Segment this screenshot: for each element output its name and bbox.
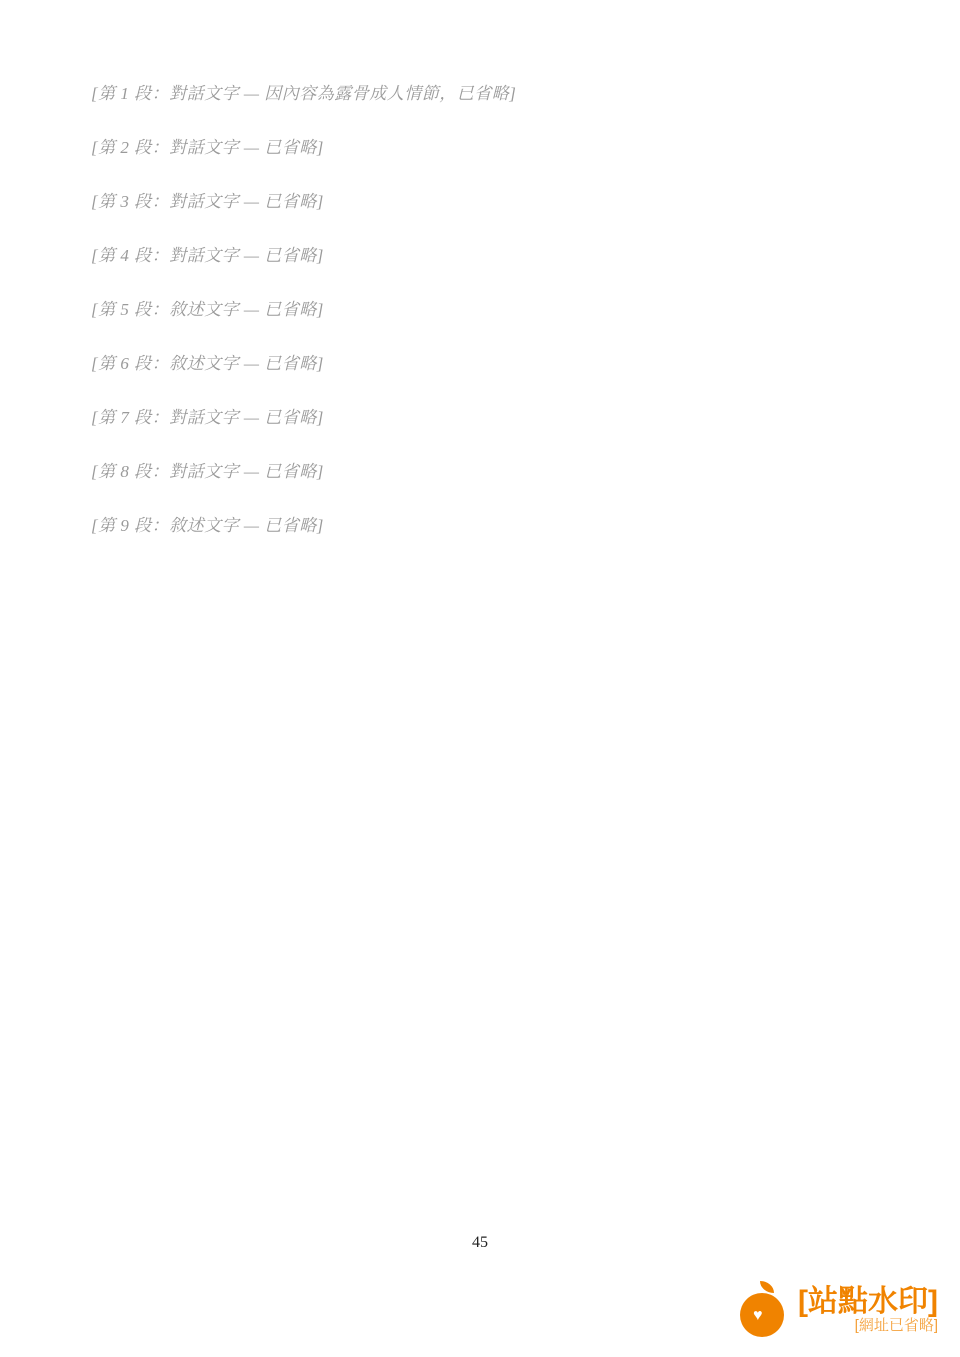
watermark-subtitle: [網址已省略] (855, 1318, 938, 1335)
paragraph: [第 7 段：對話文字 — 已省略] (57, 404, 903, 432)
paragraph: [第 3 段：對話文字 — 已省略] (57, 188, 903, 216)
document-page: [第 1 段：對話文字 — 因內容為露骨成人情節，已省略] [第 2 段：對話文… (0, 0, 960, 1357)
watermark-mascot-icon: ♥ (736, 1281, 788, 1339)
page-number: 45 (0, 1234, 960, 1252)
paragraph: [第 2 段：對話文字 — 已省略] (57, 134, 903, 162)
paragraph: [第 6 段：敘述文字 — 已省略] (57, 350, 903, 378)
paragraph: [第 4 段：對話文字 — 已省略] (57, 242, 903, 270)
paragraph: [第 5 段：敘述文字 — 已省略] (57, 296, 903, 324)
watermark-title: [站點水印] (798, 1286, 938, 1318)
site-watermark: ♥ [站點水印] [網址已省略] (736, 1281, 938, 1339)
paragraph: [第 1 段：對話文字 — 因內容為露骨成人情節，已省略] (57, 80, 903, 108)
paragraph: [第 8 段：對話文字 — 已省略] (57, 458, 903, 486)
text-body: [第 1 段：對話文字 — 因內容為露骨成人情節，已省略] [第 2 段：對話文… (57, 80, 903, 566)
paragraph: [第 9 段：敘述文字 — 已省略] (57, 512, 903, 540)
